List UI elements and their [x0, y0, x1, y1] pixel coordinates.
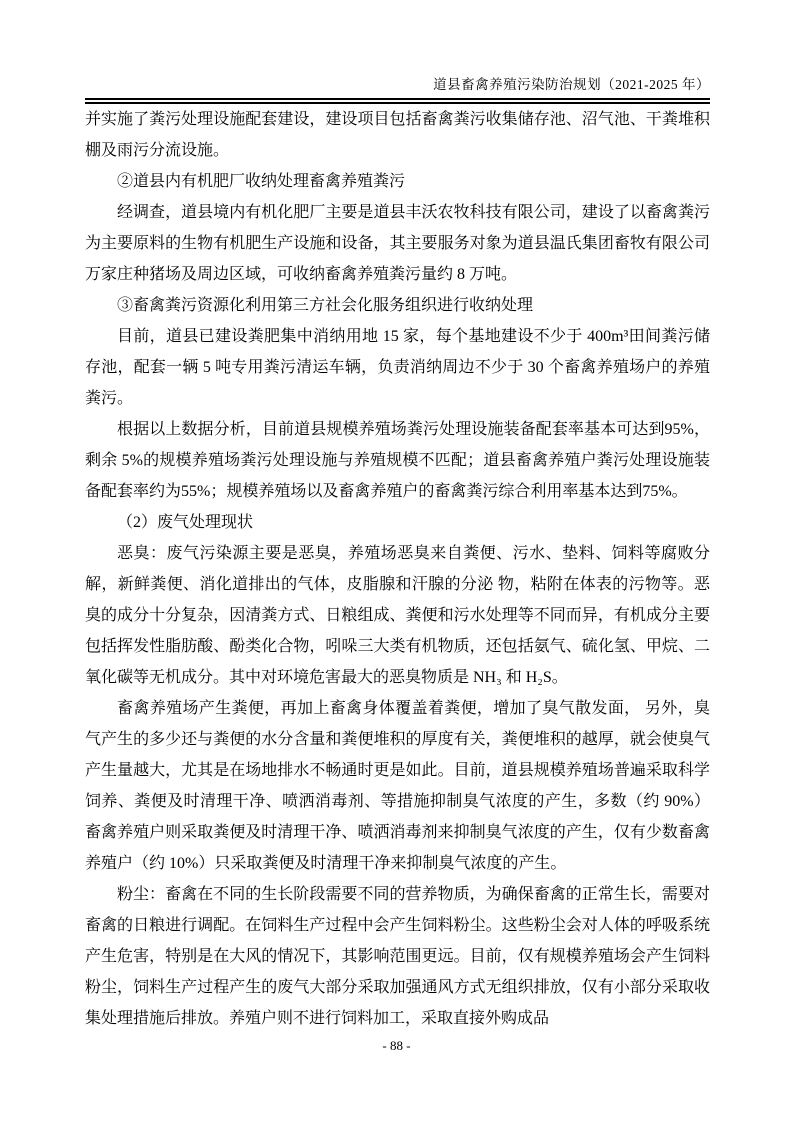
header-title: 道县畜禽养殖污染防治规划（2021-2025 年） — [85, 74, 710, 96]
paragraph: 畜禽养殖场产生粪便，再加上畜禽身体覆盖着粪便，增加了臭气散发面， 另外，臭气产生… — [85, 693, 710, 879]
page-header: 道县畜禽养殖污染防治规划（2021-2025 年） — [85, 74, 710, 104]
paragraph-section-heading: （2）废气处理现状 — [85, 507, 710, 538]
paragraph-continuation: 并实施了粪污处理设施配套建设，建设项目包括畜禽粪污收集储存池、沼气池、干粪堆积棚… — [85, 104, 710, 166]
page-footer: - 88 - — [0, 1038, 793, 1054]
header-rule-top-line — [85, 98, 710, 100]
page-number: - 88 - — [382, 1038, 410, 1053]
paragraph: 恶臭：废气污染源主要是恶臭，养殖场恶臭来自粪便、污水、垫料、饲料等腐败分解，新鲜… — [85, 538, 710, 693]
paragraph: 粉尘：畜禽在不同的生长阶段需要不同的营养物质，为确保畜禽的正常生长，需要对畜禽的… — [85, 879, 710, 1034]
paragraph: 经调查，道县境内有机化肥厂主要是道县丰沃农牧科技有限公司，建设了以畜禽粪污为主要… — [85, 197, 710, 290]
paragraph-subheading-2: ②道县内有机肥厂收纳处理畜禽养殖粪污 — [85, 166, 710, 197]
paragraph: 目前，道县已建设粪肥集中消纳用地 15 家，每个基地建设不少于 400m³田间粪… — [85, 321, 710, 414]
document-body: 并实施了粪污处理设施配套建设，建设项目包括畜禽粪污收集储存池、沼气池、干粪堆积棚… — [85, 104, 710, 1034]
paragraph: 根据以上数据分析，目前道县规模养殖场粪污处理设施装备配套率基本可达到95%，剩余… — [85, 414, 710, 507]
paragraph-subheading-3: ③畜禽粪污资源化利用第三方社会化服务组织进行收纳处理 — [85, 290, 710, 321]
document-page: 道县畜禽养殖污染防治规划（2021-2025 年） 并实施了粪污处理设施配套建设… — [0, 0, 793, 1122]
